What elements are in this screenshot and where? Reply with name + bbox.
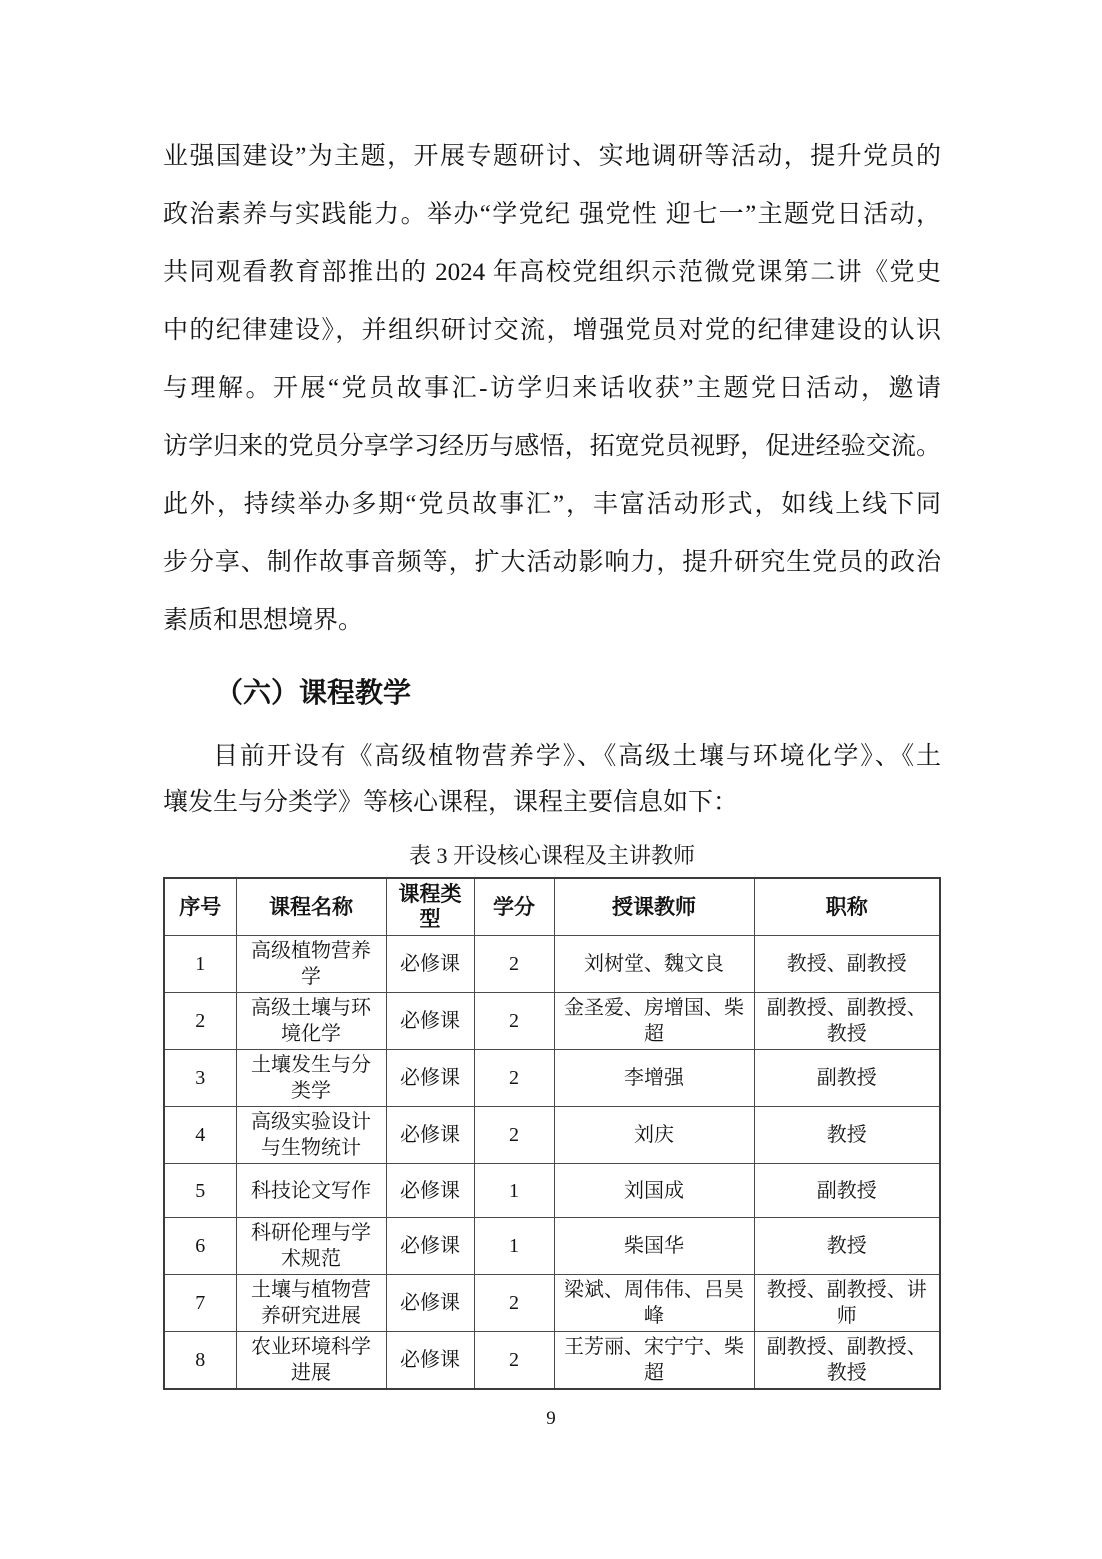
table-cell: 4	[164, 1107, 236, 1164]
column-header: 授课教师	[554, 878, 754, 936]
table-cell: 副教授、副教授、教授	[754, 1332, 940, 1390]
table-cell: 必修课	[386, 936, 474, 993]
text-line: 访学归来的党员分享学习经历与感悟，拓宽党员视野，促进经验交流。	[163, 418, 941, 476]
table-cell: 教授、副教授	[754, 936, 940, 993]
text-line: 政治素养与实践能力。举办“学党纪 强党性 迎七一”主题党日活动，	[163, 186, 941, 244]
table-cell: 李增强	[554, 1050, 754, 1107]
text-line: 与理解。开展“党员故事汇-访学归来话收获”主题党日活动，邀请	[163, 360, 941, 418]
text-line: 壤发生与分类学》等核心课程，课程主要信息如下：	[163, 780, 941, 826]
table-cell: 必修课	[386, 1218, 474, 1275]
table-cell: 高级土壤与环境化学	[236, 993, 386, 1050]
table-cell: 3	[164, 1050, 236, 1107]
text-line: 此外，持续举办多期“党员故事汇”，丰富活动形式，如线上线下同	[163, 476, 941, 534]
table-cell: 教授	[754, 1107, 940, 1164]
table-cell: 教授	[754, 1218, 940, 1275]
table-cell: 农业环境科学进展	[236, 1332, 386, 1390]
column-header: 学分	[474, 878, 554, 936]
table-cell: 教授、副教授、讲师	[754, 1275, 940, 1332]
table-cell: 刘国成	[554, 1164, 754, 1218]
table-cell: 副教授	[754, 1164, 940, 1218]
table-cell: 1	[164, 936, 236, 993]
page-number: 9	[0, 1408, 1102, 1430]
table-cell: 土壤发生与分类学	[236, 1050, 386, 1107]
table-cell: 王芳丽、宋宁宁、柴超	[554, 1332, 754, 1390]
table-cell: 必修课	[386, 1332, 474, 1390]
table-cell: 1	[474, 1218, 554, 1275]
table-cell: 副教授、副教授、教授	[754, 993, 940, 1050]
table-cell: 高级植物营养学	[236, 936, 386, 993]
document-page: 业强国建设”为主题，开展专题研讨、实地调研等活动，提升党员的政治素养与实践能力。…	[0, 0, 1102, 1559]
text-line: 中的纪律建设》，并组织研讨交流，增强党员对党的纪律建设的认识	[163, 302, 941, 360]
table-cell: 2	[474, 1332, 554, 1390]
table-cell: 土壤与植物营养研究进展	[236, 1275, 386, 1332]
section-heading: （六）课程教学	[163, 674, 941, 714]
course-table: 序号课程名称课程类型学分授课教师职称 1高级植物营养学必修课2刘树堂、魏文良教授…	[163, 877, 941, 1390]
table-row: 5科技论文写作必修课1刘国成副教授	[164, 1164, 940, 1218]
text-line: 共同观看教育部推出的 2024 年高校党组织示范微党课第二讲《党史	[163, 244, 941, 302]
table-row: 3土壤发生与分类学必修课2李增强副教授	[164, 1050, 940, 1107]
table-row: 6科研伦理与学术规范必修课1柴国华教授	[164, 1218, 940, 1275]
text-line: 步分享、制作故事音频等，扩大活动影响力，提升研究生党员的政治	[163, 534, 941, 592]
table-row: 2高级土壤与环境化学必修课2金圣爱、房增国、柴超副教授、副教授、教授	[164, 993, 940, 1050]
column-header: 课程类型	[386, 878, 474, 936]
table-cell: 科技论文写作	[236, 1164, 386, 1218]
paragraph-party-activities: 业强国建设”为主题，开展专题研讨、实地调研等活动，提升党员的政治素养与实践能力。…	[163, 128, 941, 650]
table-cell: 必修课	[386, 993, 474, 1050]
table-cell: 必修课	[386, 1050, 474, 1107]
table-cell: 刘树堂、魏文良	[554, 936, 754, 993]
table-row: 4高级实验设计与生物统计必修课2刘庆教授	[164, 1107, 940, 1164]
column-header: 课程名称	[236, 878, 386, 936]
table-cell: 2	[164, 993, 236, 1050]
text-line: 素质和思想境界。	[163, 592, 941, 650]
table-caption: 表 3 开设核心课程及主讲教师	[163, 840, 941, 872]
page-content: 业强国建设”为主题，开展专题研讨、实地调研等活动，提升党员的政治素养与实践能力。…	[163, 0, 941, 1390]
table-cell: 金圣爱、房增国、柴超	[554, 993, 754, 1050]
table-cell: 2	[474, 993, 554, 1050]
table-row: 7土壤与植物营养研究进展必修课2梁斌、周伟伟、吕昊峰教授、副教授、讲师	[164, 1275, 940, 1332]
table-cell: 2	[474, 1050, 554, 1107]
table-cell: 柴国华	[554, 1218, 754, 1275]
table-cell: 必修课	[386, 1164, 474, 1218]
table-cell: 2	[474, 1107, 554, 1164]
table-cell: 8	[164, 1332, 236, 1390]
table-cell: 1	[474, 1164, 554, 1218]
table-body: 1高级植物营养学必修课2刘树堂、魏文良教授、副教授2高级土壤与环境化学必修课2金…	[164, 936, 940, 1390]
table-cell: 2	[474, 1275, 554, 1332]
table-cell: 刘庆	[554, 1107, 754, 1164]
table-cell: 科研伦理与学术规范	[236, 1218, 386, 1275]
table-cell: 梁斌、周伟伟、吕昊峰	[554, 1275, 754, 1332]
table-cell: 高级实验设计与生物统计	[236, 1107, 386, 1164]
table-row: 1高级植物营养学必修课2刘树堂、魏文良教授、副教授	[164, 936, 940, 993]
table-cell: 副教授	[754, 1050, 940, 1107]
table-cell: 7	[164, 1275, 236, 1332]
column-header: 职称	[754, 878, 940, 936]
table-cell: 6	[164, 1218, 236, 1275]
table-header-row: 序号课程名称课程类型学分授课教师职称	[164, 878, 940, 936]
table-cell: 5	[164, 1164, 236, 1218]
text-line: 目前开设有《高级植物营养学》、《高级土壤与环境化学》、《土	[163, 734, 941, 780]
paragraph-course-intro: 目前开设有《高级植物营养学》、《高级土壤与环境化学》、《土壤发生与分类学》等核心…	[163, 734, 941, 826]
table-cell: 必修课	[386, 1275, 474, 1332]
text-line: 业强国建设”为主题，开展专题研讨、实地调研等活动，提升党员的	[163, 128, 941, 186]
table-cell: 2	[474, 936, 554, 993]
table-cell: 必修课	[386, 1107, 474, 1164]
table-row: 8农业环境科学进展必修课2王芳丽、宋宁宁、柴超副教授、副教授、教授	[164, 1332, 940, 1390]
column-header: 序号	[164, 878, 236, 936]
